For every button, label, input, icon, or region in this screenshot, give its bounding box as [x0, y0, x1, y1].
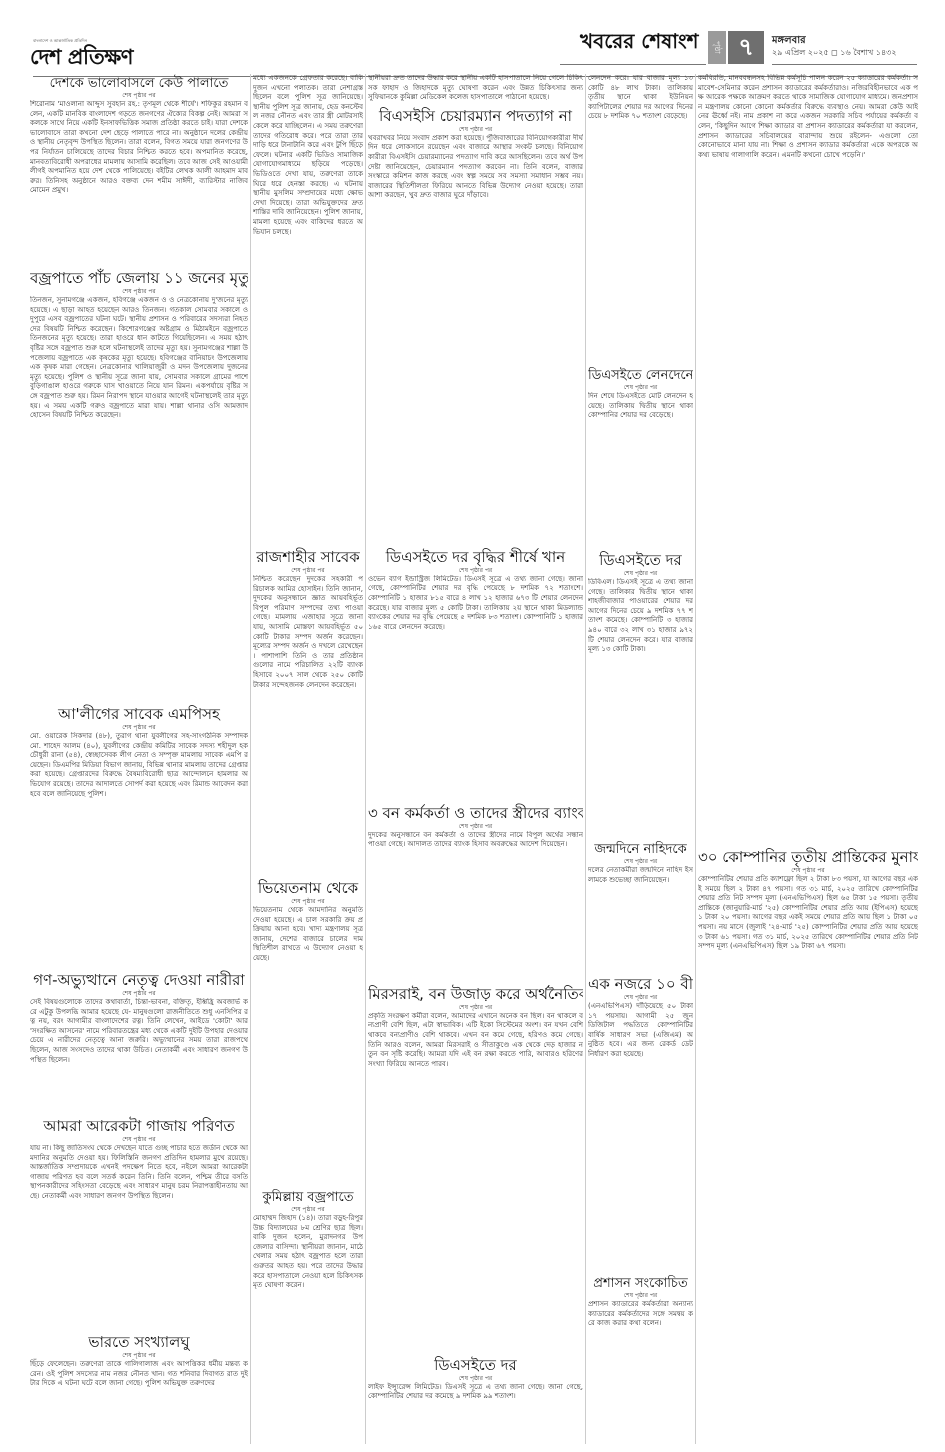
story-continued: মধ্যে একজনকে গ্রেফতার করেছে। বাকি দুজন এ… [253, 74, 363, 544]
story-continued: স্থানীয়রা দ্রুত তাদের উদ্ধার করে স্থানী… [368, 74, 583, 103]
story-vietnam: ভিয়েতনাম থেকে শেষ পৃষ্ঠার পর ভিয়েতনাম … [253, 879, 363, 1186]
story-forest-officers: ৩ বন কর্মকর্তা ও তাদের স্ত্রীদের ব্যাংক … [368, 804, 583, 981]
date: ২৯ এপ্রিল ২০২৫ ◻ ১৬ বৈশাখ ১৪৩২ [772, 47, 897, 60]
headline: ৩০ কোম্পানির তৃতীয় প্রান্তিকের মুনাফা [698, 848, 918, 867]
headline: কুমিল্লায় বজ্রপাতে [253, 1190, 363, 1206]
headline: রাজশাহীর সাবেক [253, 548, 363, 567]
story-bajrapat: বজ্রপাতে পাঁচ জেলায় ১১ জনের মৃত্যু শেষ … [30, 269, 248, 701]
headline: বজ্রপাতে পাঁচ জেলায় ১১ জনের মৃত্যু [30, 269, 248, 288]
story-cadre-conflict: কর্মবিরতি, মানববন্ধনসহ বিভিন্ন কর্মসূচি … [698, 74, 918, 844]
story-body: দলের নেতাকর্মীরা জন্মদিনে নাহিদ ইসলামকে … [588, 866, 693, 971]
headline: ৩ বন কর্মকর্তা ও তাদের স্ত্রীদের ব্যাংক [368, 804, 583, 823]
date-underline [772, 64, 917, 65]
story-body: দুদকের অনুসন্ধানে বন কর্মকর্তা ও তাদের স… [368, 831, 583, 981]
story-body: কোম্পানিটির শেয়ার প্রতি ক্যাশফ্লো ছিল ২… [698, 875, 918, 952]
headline: মিরসরাই, বন উজাড় করে অর্থনৈতিক [368, 985, 583, 1004]
jump-label: শেষ পৃষ্ঠার পর [253, 567, 363, 575]
jump-label: শেষ পৃষ্ঠার পর [30, 1352, 248, 1360]
headline: ডিএসইতে দর বৃদ্ধির শীর্ষে খান [368, 548, 583, 567]
story-dse-price: ডিএসইতে দর শেষ পৃষ্ঠার পর লাইফ ইন্স্যুরে… [368, 1356, 583, 1402]
story-body: ওভেন ব্যাগ ইন্ডাস্ট্রিজ লিমিটেড। ডিএসই স… [368, 575, 583, 800]
jump-label: শেষ পৃষ্ঠার পর [588, 858, 693, 866]
jump-label: শেষ পৃষ্ঠার পর [588, 384, 693, 392]
section-title-underline [560, 64, 706, 65]
story-gaza: আমরা আরেকটা গাজায় পরিণত শেষ পৃষ্ঠার পর … [30, 1117, 248, 1329]
jump-label: শেষ পৃষ্ঠার পর [588, 994, 693, 1002]
story-body: মোহাম্মদ জিহাদ (১৪)। তারা বড়ুহ-রিপুর উচ… [253, 1214, 363, 1291]
story-continued: লেনদেন করে। যার বাজার মূল্য ১৩ কোটি ৪৮ ল… [588, 74, 693, 364]
story-nahid-birthday: জন্মদিনে নাহিদকে শেষ পৃষ্ঠার পর দলের নেত… [588, 842, 693, 971]
headline: ডিএসইতে দর [368, 1356, 583, 1375]
story-body: ডিবিএল। ডিএসই সূত্রে এ তথ্য জানা গেছে। ত… [588, 578, 693, 838]
column-4: লেনদেন করে। যার বাজার মূল্য ১৩ কোটি ৪৮ ল… [588, 74, 693, 1449]
story-body: স্থানীয়রা দ্রুত তাদের উদ্ধার করে স্থানী… [368, 74, 583, 103]
logo-block: বাংলাদেশ ও আন্তর্জাতিক প্রতিদিন দেশ প্রত… [30, 38, 220, 74]
story-insurance: এক নজরে ১০ বীমা শেষ পৃষ্ঠার পর (এনএভিপিএ… [588, 975, 693, 1272]
headline: এক নজরে ১০ বীমা [588, 975, 693, 994]
story-body: মধ্যে একজনকে গ্রেফতার করেছে। বাকি দুজন এ… [253, 74, 363, 544]
jump-label: শেষ পৃষ্ঠার পর [368, 1375, 583, 1383]
page-number: ৭ [728, 31, 764, 64]
headline: দেশকে ভালোবাসলে কেউ পালাতে [30, 76, 248, 92]
newspaper-logo: দেশ প্রতিক্ষণ [30, 41, 133, 76]
jump-label: শেষ পৃষ্ঠার পর [588, 570, 693, 578]
story-body: মো. ওয়ারেক সিকদার (৪৮), তুরাগ থানা যুবল… [30, 732, 248, 967]
jump-label: শেষ পৃষ্ঠার পর [368, 567, 583, 575]
story-body: লেনদেন করে। যার বাজার মূল্য ১৩ কোটি ৪৮ ল… [588, 74, 693, 364]
headline: জন্মদিনে নাহিদকে [588, 842, 693, 858]
story-bharote-sonkhaloghu: ভারতে সংখ্যালঘু শেষ পৃষ্ঠার পর ছিঁড়ে ফে… [30, 1333, 248, 1389]
headline: গণ-অভ্যুত্থানে নেতৃত্ব দেওয়া নারীরা [30, 971, 248, 990]
story-dse-top-gainer: ডিএসইতে দর বৃদ্ধির শীর্ষে খান শেষ পৃষ্ঠা… [368, 548, 583, 800]
story-proshason: প্রশাসন সংকোচিত শেষ পৃষ্ঠার পর প্রশাসন ক… [588, 1276, 693, 1329]
column-5: কর্মবিরতি, মানববন্ধনসহ বিভিন্ন কর্মসূচি … [698, 74, 918, 1449]
story-body: (এনএভিপিএস) দাঁড়িয়েছে ৫০ টাকা ১৭ পয়সা… [588, 1002, 693, 1272]
story-dse-lenden: ডিএসইতে লেনদেনের শেষ পৃষ্ঠার পর দিন শেষে… [588, 368, 693, 547]
story-body: দিন শেষে ডিএসইতে মোট লেনদেন হয়েছে। তালি… [588, 392, 693, 547]
jump-label: শেষ পৃষ্ঠার পর [698, 867, 918, 875]
story-body: যায় না। কিছু জাতিসংঘ থেকে দেখছেন যাতে গ… [30, 1144, 248, 1329]
column-divider [250, 74, 251, 1444]
jump-label: শেষ পৃষ্ঠার পর [588, 1292, 693, 1300]
headline: ডিএসইতে লেনদেনের [588, 368, 693, 384]
story-body: প্রশাসন ক্যাডারের কর্মকর্তারা অন্যান্য ক… [588, 1300, 693, 1329]
section-title: খবরের শেষাংশ [580, 27, 699, 60]
story-body: লাইফ ইন্স্যুরেন্স লিমিটেড। ডিএসই সূত্রে … [368, 1383, 583, 1402]
jump-label: শেষ পৃষ্ঠার পর [368, 823, 583, 831]
headline: ডিএসইতে দর [588, 551, 693, 570]
jump-label: শেষ পৃষ্ঠার পর [30, 92, 248, 100]
column-divider [695, 74, 696, 1444]
story-body: খবরাখবর নিয়ে সংবাদ প্রকাশ করা হয়েছে। প… [368, 134, 583, 544]
page-label: পৃষ্ঠা [708, 31, 726, 64]
jump-label: শেষ পৃষ্ঠার পর [368, 126, 583, 134]
story-awami-league-mp: আ'লীগের সাবেক এমপিসহ শেষ পৃষ্ঠার পর মো. … [30, 705, 248, 967]
jump-label: শেষ পৃষ্ঠার পর [30, 288, 248, 296]
story-mirsarai-forest: মিরসরাই, বন উজাড় করে অর্থনৈতিক শেষ পৃষ্… [368, 985, 583, 1352]
column-divider [365, 74, 366, 1444]
jump-label: শেষ পৃষ্ঠার পর [30, 724, 248, 732]
headline: ভিয়েতনাম থেকে [253, 879, 363, 898]
story-body: নিশ্চিত করেছেন দুদকের সহকারী পরিচালক আমি… [253, 575, 363, 875]
story-30-company-profit: ৩০ কোম্পানির তৃতীয় প্রান্তিকের মুনাফা শ… [698, 848, 918, 952]
story-body: সেই বিষয়গুলোকে তাদের কথাবার্তা, চিন্তা-… [30, 998, 248, 1113]
story-bsec-chairman: বিএসইসি চেয়ারম্যান পদত্যাগ না শেষ পৃষ্ঠ… [368, 107, 583, 544]
story-body: কর্মবিরতি, মানববন্ধনসহ বিভিন্ন কর্মসূচি … [698, 74, 918, 844]
column-1: দেশকে ভালোবাসলে কেউ পালাতে শেষ পৃষ্ঠার প… [30, 74, 248, 1449]
newspaper-page: বাংলাদেশ ও আন্তর্জাতিক প্রতিদিন দেশ প্রত… [0, 0, 945, 1452]
jump-label: শেষ পৃষ্ঠার পর [253, 898, 363, 906]
story-body: প্রকৃতি সংরক্ষণ কর্মীরা বলেন, আমাদের এখা… [368, 1012, 583, 1352]
jump-label: শেষ পৃষ্ঠার পর [253, 1206, 363, 1214]
story-rajshahir-sabek: রাজশাহীর সাবেক শেষ পৃষ্ঠার পর নিশ্চিত কর… [253, 548, 363, 875]
story-body: ছিঁড়ে ফেলেছেন। তরুণেরা তাকে গালিগালাজ এ… [30, 1360, 248, 1389]
column-divider [585, 74, 586, 1444]
headline: আমরা আরেকটা গাজায় পরিণত [30, 1117, 248, 1136]
headline: ভারতে সংখ্যালঘু [30, 1333, 248, 1352]
story-body: শিরোনাম 'মাওলানা আব্দুস সুবহান রহ.: তৃণম… [30, 100, 248, 265]
headline: বিএসইসি চেয়ারম্যান পদত্যাগ না [368, 107, 583, 126]
story-gono-abhyuthan: গণ-অভ্যুত্থানে নেতৃত্ব দেওয়া নারীরা শেষ… [30, 971, 248, 1113]
headline: প্রশাসন সংকোচিত [588, 1276, 693, 1292]
jump-label: শেষ পৃষ্ঠার পর [30, 1136, 248, 1144]
column-2: মধ্যে একজনকে গ্রেফতার করেছে। বাকি দুজন এ… [253, 74, 363, 1449]
column-3: স্থানীয়রা দ্রুত তাদের উদ্ধার করে স্থানী… [368, 74, 583, 1449]
jump-label: শেষ পৃষ্ঠার পর [368, 1004, 583, 1012]
headline: আ'লীগের সাবেক এমপিসহ [30, 705, 248, 724]
jump-label: শেষ পৃষ্ঠার পর [30, 990, 248, 998]
story-cumilla-bajrapat: কুমিল্লায় বজ্রপাতে শেষ পৃষ্ঠার পর মোহাম… [253, 1190, 363, 1291]
story-body: ভিয়েতনাম থেকে আমদানির অনুমতি দেওয়া হয়… [253, 906, 363, 1186]
story-dse-dor: ডিএসইতে দর শেষ পৃষ্ঠার পর ডিবিএল। ডিএসই … [588, 551, 693, 838]
story-body: তিনজন, সুনামগঞ্জে একজন, হবিগঞ্জে একজন ও … [30, 296, 248, 701]
story-deshke-bhalobasle: দেশকে ভালোবাসলে কেউ পালাতে শেষ পৃষ্ঠার প… [30, 76, 248, 265]
